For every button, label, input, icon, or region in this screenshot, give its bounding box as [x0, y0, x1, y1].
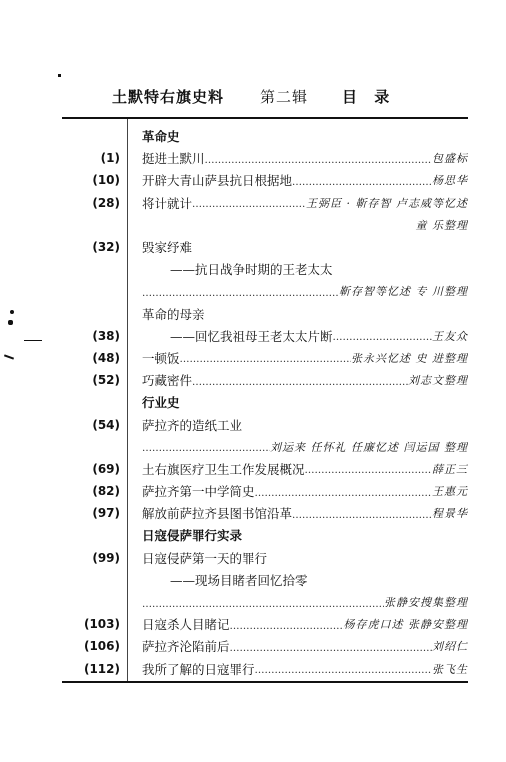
entry-author: 杨存虎口述 张静安整理 — [344, 616, 469, 632]
toc-row: (52)巧藏密件刘志文整理 — [62, 369, 468, 391]
toc-entry: 萨拉齐的造纸工业 — [142, 416, 468, 434]
toc-row: (99)日寇侵萨第一天的罪行 — [62, 547, 468, 569]
entry-author: 靳存智等忆述 专 川整理 — [339, 283, 468, 299]
dot-leader — [142, 284, 339, 299]
dot-leader — [255, 661, 432, 676]
issue-label: 第二辑 — [260, 86, 308, 107]
page-number: (54) — [62, 418, 120, 432]
toc-row: (69)土右旗医疗卫生工作发展概况薛正三 — [62, 458, 468, 480]
entry-author: 包盛标 — [432, 150, 468, 166]
toc-row: (97)解放前萨拉齐县图书馆沿革程景华 — [62, 502, 468, 524]
entry-author: 刘运来 任怀礼 任廉忆述 闫运国 整理 — [270, 439, 468, 455]
entry-author: 张静安搜集整理 — [384, 594, 468, 610]
entry-title: 萨拉齐第一中学简史 — [142, 482, 255, 500]
entry-title: 革命的母亲 — [142, 305, 205, 323]
author-line: 刘运来 任怀礼 任廉忆述 闫运国 整理 — [142, 439, 468, 455]
toc-row: ——现场目睹者回忆拾零 — [62, 569, 468, 591]
page-number: (69) — [62, 462, 120, 476]
page-number: (10) — [62, 173, 120, 187]
toc-row: (48)一顿饭张永兴忆述 史 进整理 — [62, 347, 468, 369]
toc-row: (10)开辟大青山萨县抗日根据地杨思华 — [62, 169, 468, 191]
scan-speck — [8, 320, 13, 325]
entry-title: 萨拉齐的造纸工业 — [142, 416, 242, 434]
toc-entry: 毁家纾难 — [142, 238, 468, 256]
entry-title: 日寇侵萨第一天的罪行 — [142, 549, 267, 567]
toc-entry: 解放前萨拉齐县图书馆沿革程景华 — [142, 504, 468, 522]
toc-entry: 将计就计王弼臣 · 靳存智 卢志威等忆述 — [142, 194, 468, 212]
section-heading: 日寇侵萨罪行实录 — [142, 526, 468, 544]
toc-heading: 目 录 — [342, 86, 395, 107]
dot-leader — [205, 151, 432, 166]
toc-entry: 一顿饭张永兴忆述 史 进整理 — [142, 349, 468, 367]
dot-leader — [142, 595, 384, 610]
entry-title: 将计就计 — [142, 194, 192, 212]
section-title: 革命史 — [142, 127, 180, 145]
bottom-rule — [62, 681, 468, 683]
toc-entry: 开辟大青山萨县抗日根据地杨思华 — [142, 171, 468, 189]
toc-row: 张静安搜集整理 — [62, 591, 468, 613]
section-heading: 革命史 — [142, 127, 468, 145]
entry-author: 杨思华 — [432, 172, 468, 188]
page-number: (97) — [62, 506, 120, 520]
page-number: (103) — [62, 617, 120, 631]
entry-title: 解放前萨拉齐县图书馆沿革 — [142, 504, 292, 522]
entry-author: 王惠元 — [432, 483, 468, 499]
toc-row: 童 乐整理 — [62, 214, 468, 236]
section-heading-row: 日寇侵萨罪行实录 — [62, 524, 468, 546]
dot-leader — [255, 484, 432, 499]
section-heading: 行业史 — [142, 393, 468, 411]
author-line: 张静安搜集整理 — [142, 594, 468, 610]
toc-entry: ——回忆我祖母王老太太片断王友众 — [142, 327, 468, 345]
entry-subtitle-line: ——现场目睹者回忆拾零 — [142, 571, 468, 589]
dot-leader — [142, 439, 270, 454]
entry-title: 萨拉齐沦陷前后 — [142, 637, 230, 655]
toc-row: (82)萨拉齐第一中学简史王惠元 — [62, 480, 468, 502]
entry-title: 挺进土默川 — [142, 149, 205, 167]
entry-author: 张飞生 — [432, 661, 468, 677]
scan-speck — [58, 74, 61, 77]
entry-title: 土右旗医疗卫生工作发展概况 — [142, 460, 305, 478]
page-number: (28) — [62, 196, 120, 210]
scan-speck — [10, 310, 14, 314]
toc-row: (112)我所了解的日寇罪行张飞生 — [62, 658, 468, 680]
page-number: (32) — [62, 240, 120, 254]
entry-title: 开辟大青山萨县抗日根据地 — [142, 171, 292, 189]
page-number: (38) — [62, 329, 120, 343]
entry-subtitle: ——回忆我祖母王老太太片断 — [170, 327, 333, 345]
page-number: (82) — [62, 484, 120, 498]
page-header: 土默特右旗史料 第二辑 目 录 — [112, 84, 432, 108]
toc-row: (54)萨拉齐的造纸工业 — [62, 413, 468, 435]
dot-leader — [192, 195, 306, 210]
toc-row: (103)日寇杀人目睹记杨存虎口述 张静安整理 — [62, 613, 468, 635]
toc-entry: 日寇侵萨第一天的罪行 — [142, 549, 468, 567]
dot-leader — [333, 328, 432, 343]
toc-entry: 萨拉齐沦陷前后刘绍仁 — [142, 637, 468, 655]
entry-author: 王友众 — [432, 328, 468, 344]
toc-entry: 巧藏密件刘志文整理 — [142, 371, 468, 389]
toc-row: (38)——回忆我祖母王老太太片断王友众 — [62, 325, 468, 347]
toc-entry: 日寇杀人目睹记杨存虎口述 张静安整理 — [142, 615, 468, 633]
dot-leader — [305, 461, 432, 476]
entry-title: 一顿饭 — [142, 349, 180, 367]
dot-leader — [180, 350, 351, 365]
entry-author: 张永兴忆述 史 进整理 — [351, 350, 468, 366]
entry-subtitle: ——抗日战争时期的王老太太 — [170, 260, 333, 278]
entry-subtitle: ——现场目睹者回忆拾零 — [170, 571, 308, 589]
author-line: 靳存智等忆述 专 川整理 — [142, 283, 468, 299]
entry-author: 童 乐整理 — [416, 217, 469, 233]
page-number: (106) — [62, 639, 120, 653]
page-number: (48) — [62, 351, 120, 365]
toc-row: (28)将计就计王弼臣 · 靳存智 卢志威等忆述 — [62, 192, 468, 214]
entry-title: 我所了解的日寇罪行 — [142, 660, 255, 678]
book-title: 土默特右旗史料 — [112, 86, 224, 107]
toc-row: (1)挺进土默川包盛标 — [62, 147, 468, 169]
toc-row: 靳存智等忆述 专 川整理 — [62, 280, 468, 302]
page-number: (112) — [62, 662, 120, 676]
top-rule — [62, 117, 468, 119]
section-heading-row: 革命史 — [62, 125, 468, 147]
section-heading-row: 行业史 — [62, 391, 468, 413]
dot-leader — [292, 506, 432, 521]
dot-leader — [230, 617, 344, 632]
author-continuation: 童 乐整理 — [142, 217, 468, 233]
page-number: (52) — [62, 373, 120, 387]
entry-author: 薛正三 — [432, 461, 468, 477]
entry-title: 日寇杀人目睹记 — [142, 615, 230, 633]
toc-entry: 我所了解的日寇罪行张飞生 — [142, 660, 468, 678]
toc-entry: 挺进土默川包盛标 — [142, 149, 468, 167]
entry-title: 巧藏密件 — [142, 371, 192, 389]
entry-subtitle-line: ——抗日战争时期的王老太太 — [142, 260, 468, 278]
dot-leader — [192, 373, 408, 388]
toc-entry: 土右旗医疗卫生工作发展概况薛正三 — [142, 460, 468, 478]
entry-title: 毁家纾难 — [142, 238, 192, 256]
toc-row: 革命的母亲 — [62, 303, 468, 325]
page-number: (1) — [62, 151, 120, 165]
entry-author: 刘志文整理 — [408, 372, 468, 388]
section-title: 日寇侵萨罪行实录 — [142, 526, 242, 544]
scan-speck — [4, 354, 14, 359]
entry-author: 程景华 — [432, 505, 468, 521]
toc-row: ——抗日战争时期的王老太太 — [62, 258, 468, 280]
dot-leader — [292, 173, 432, 188]
section-title: 行业史 — [142, 393, 180, 411]
toc-entry: 革命的母亲 — [142, 305, 468, 323]
toc-row: 刘运来 任怀礼 任廉忆述 闫运国 整理 — [62, 436, 468, 458]
toc-entry: 萨拉齐第一中学简史王惠元 — [142, 482, 468, 500]
toc-row: (32)毁家纾难 — [62, 236, 468, 258]
entry-author: 刘绍仁 — [432, 638, 468, 654]
toc-list: 革命史(1)挺进土默川包盛标(10)开辟大青山萨县抗日根据地杨思华(28)将计就… — [62, 125, 468, 680]
dot-leader — [230, 639, 432, 654]
scan-dash — [24, 340, 42, 341]
entry-author: 王弼臣 · 靳存智 卢志威等忆述 — [306, 195, 468, 211]
page-number: (99) — [62, 551, 120, 565]
toc-row: (106)萨拉齐沦陷前后刘绍仁 — [62, 635, 468, 657]
